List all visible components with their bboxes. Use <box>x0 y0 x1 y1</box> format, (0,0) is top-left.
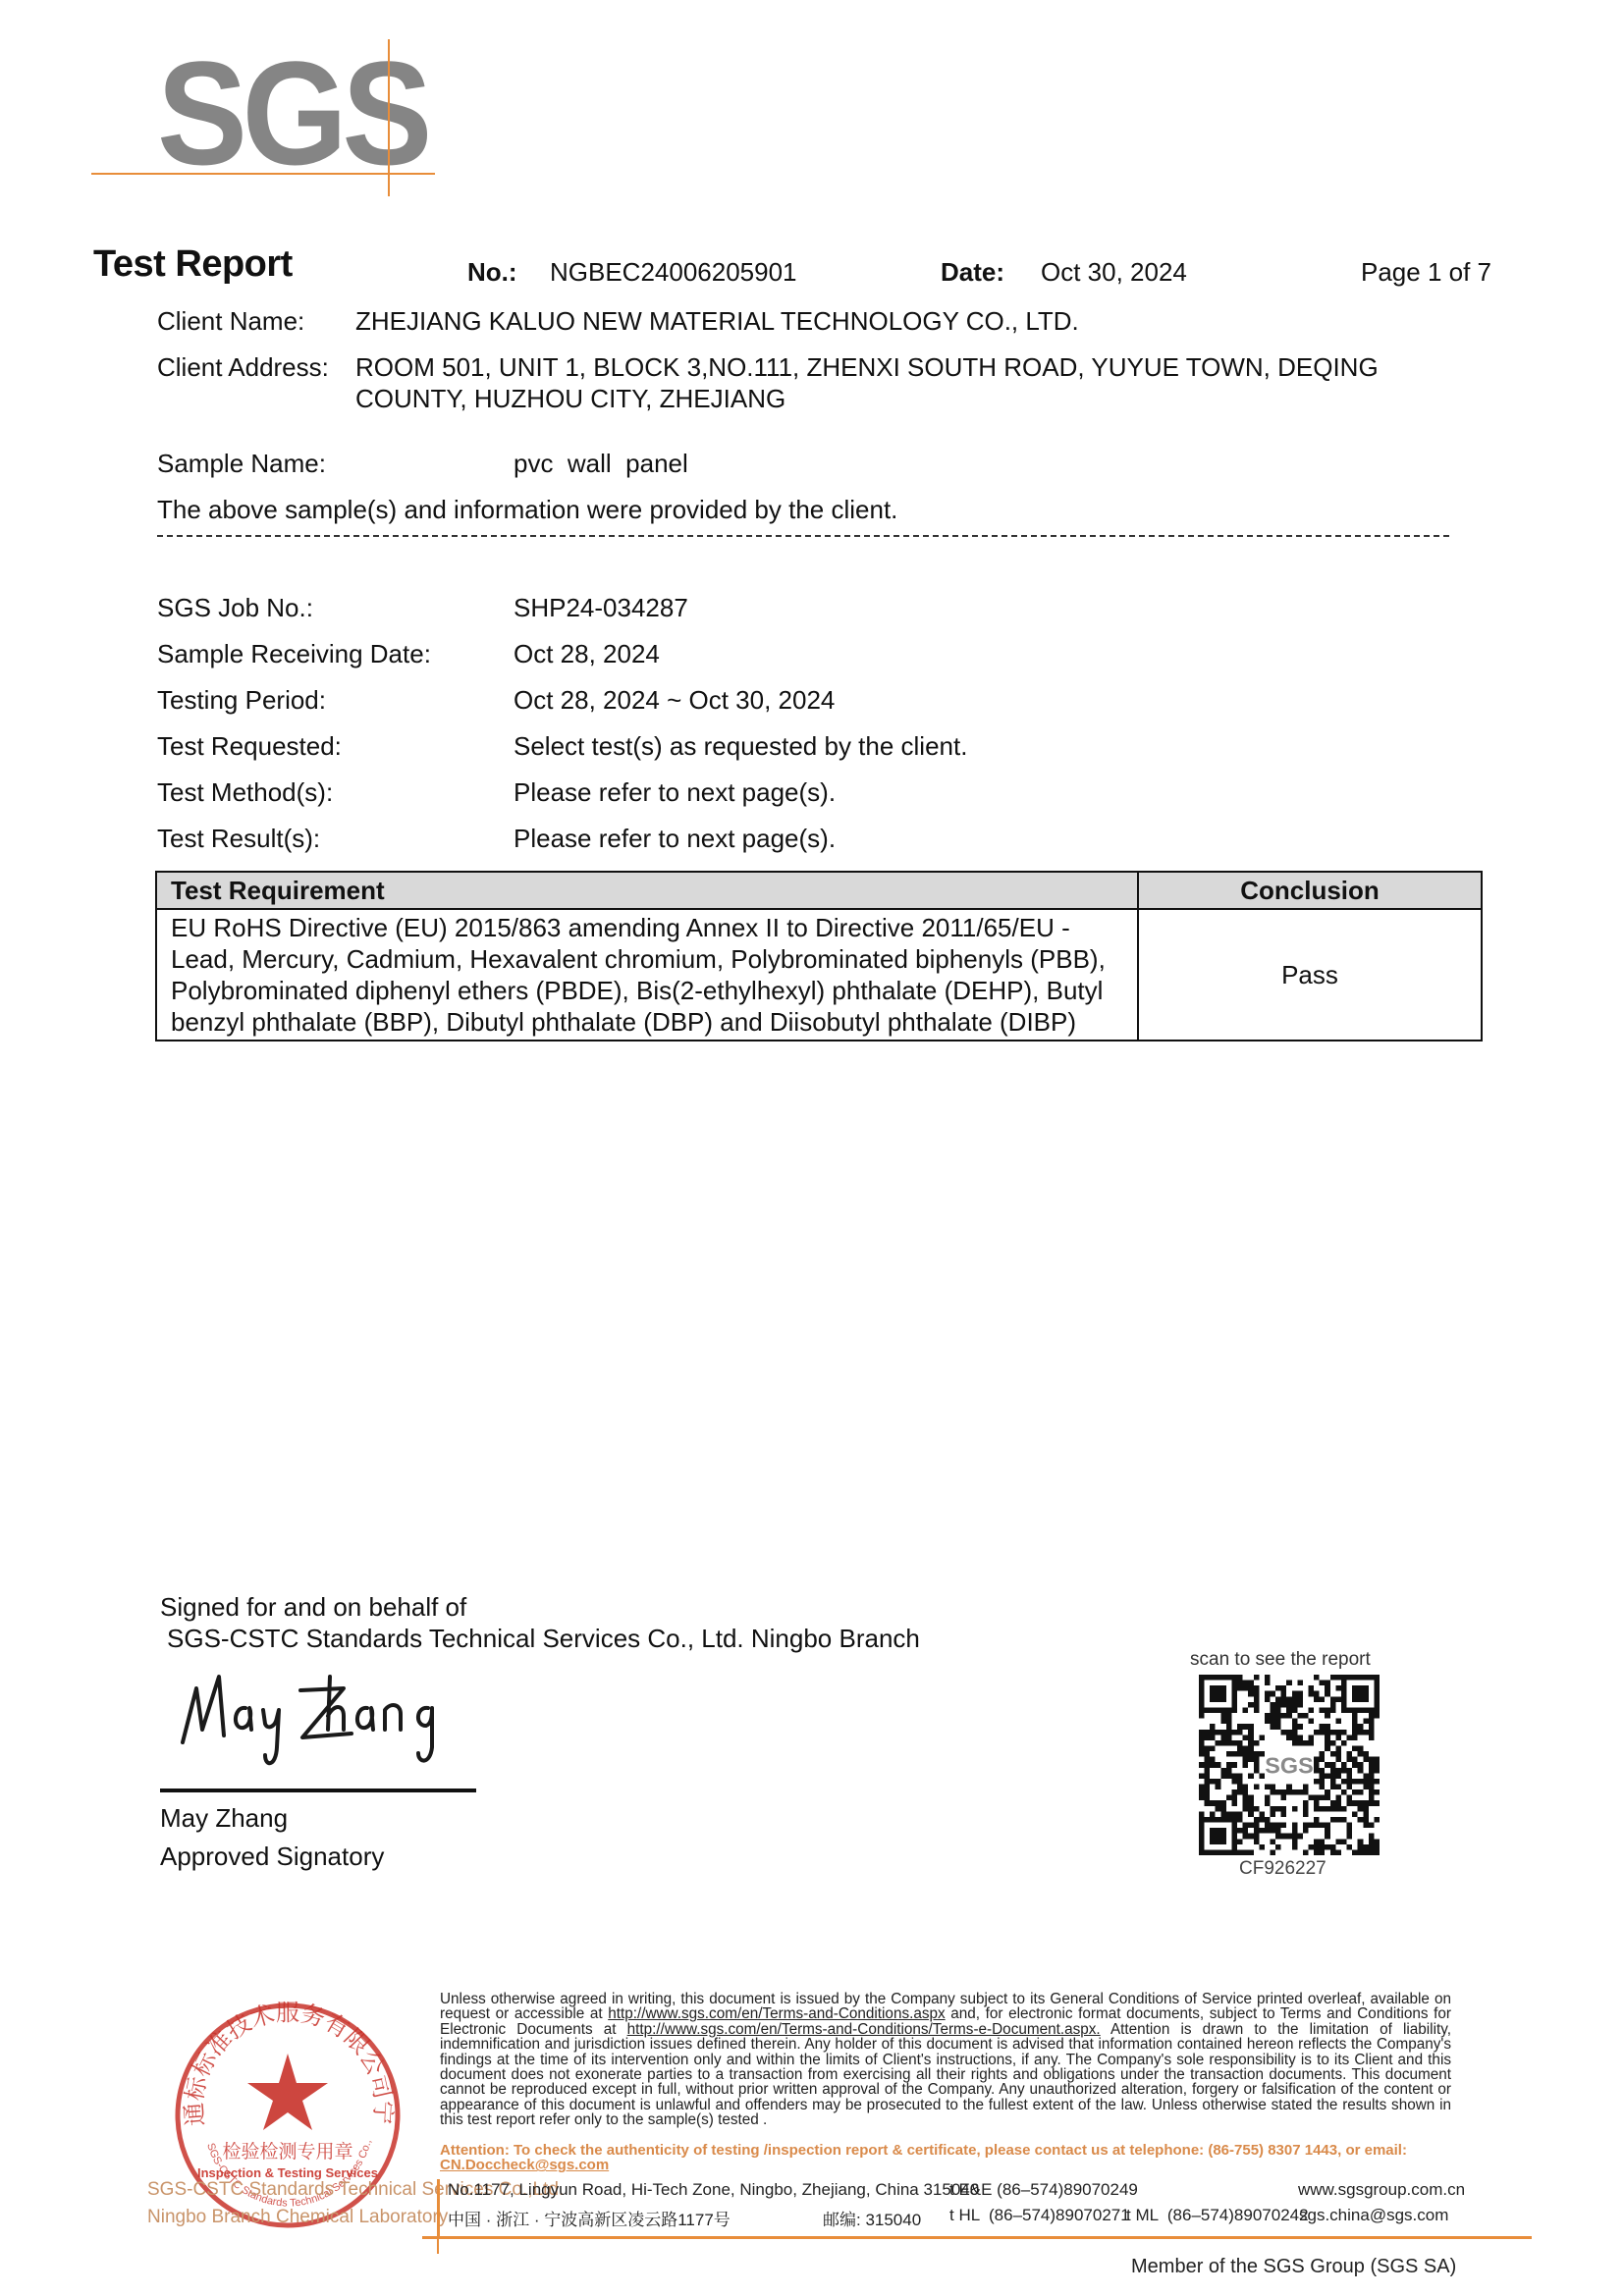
signature-line <box>160 1789 476 1792</box>
footer-tel-hl: t HL (86–574)89070271 <box>949 2206 1130 2225</box>
test-results-label: Test Result(s): <box>157 824 320 854</box>
legal-disclaimer: Unless otherwise agreed in writing, this… <box>440 1992 1451 2128</box>
client-address-line1: ROOM 501, UNIT 1, BLOCK 3,NO.111, ZHENXI… <box>355 352 1379 383</box>
sgs-group-member: Member of the SGS Group (SGS SA) <box>1131 2256 1456 2278</box>
test-results: Please refer to next page(s). <box>514 824 836 854</box>
test-requested: Select test(s) as requested by the clien… <box>514 731 967 762</box>
testing-period: Oct 28, 2024 ~ Oct 30, 2024 <box>514 685 835 716</box>
signed-on-behalf: Signed for and on behalf of <box>160 1592 466 1623</box>
handwritten-signature <box>175 1669 469 1777</box>
job-label: SGS Job No.: <box>157 593 313 623</box>
official-seal-icon: 通标标准技术服务有限公司宁波分公司 检验检测专用章 Inspection & T… <box>165 1993 410 2238</box>
sample-provided-note: The above sample(s) and information were… <box>157 495 897 525</box>
report-title: Test Report <box>93 243 293 286</box>
report-number-label: No.: <box>467 257 517 288</box>
test-requested-label: Test Requested: <box>157 731 342 762</box>
footer-address-cn: 中国 · 浙江 · 宁波高新区凌云路1177号 <box>448 2206 731 2230</box>
report-date: Oct 30, 2024 <box>1041 257 1187 288</box>
lab-branch: Ningbo Branch Chemical Laboratory <box>147 2207 448 2228</box>
footer-website[interactable]: www.sgsgroup.com.cn <box>1298 2180 1465 2200</box>
footer-tel-ml: t ML (86–574)89070242 <box>1126 2206 1309 2225</box>
footer-line <box>422 2236 1532 2239</box>
page-number: Page 1 of 7 <box>1361 257 1491 288</box>
client-address-label: Client Address: <box>157 352 329 383</box>
footer-address-en: No.1177, Lingyun Road, Hi-Tech Zone, Nin… <box>448 2180 979 2200</box>
footer-accent-bar <box>437 2179 440 2236</box>
header-test-requirement: Test Requirement <box>156 872 1138 909</box>
authenticity-notice: Attention: To check the authenticity of … <box>440 2143 1461 2173</box>
svg-text:检验检测专用章: 检验检测专用章 <box>222 2141 352 2163</box>
qr-code-icon[interactable]: SGS <box>1196 1675 1382 1855</box>
sample-name-label: Sample Name: <box>157 449 326 479</box>
signatory-name: May Zhang <box>160 1803 288 1834</box>
dashed-divider <box>157 535 1449 537</box>
test-methods-label: Test Method(s): <box>157 777 333 808</box>
signatory-role: Approved Signatory <box>160 1842 384 1872</box>
test-methods: Please refer to next page(s). <box>514 777 836 808</box>
report-date-label: Date: <box>941 257 1004 288</box>
table-header-row: Test Requirement Conclusion <box>156 872 1482 909</box>
sample-name: pvc wall panel <box>514 449 688 479</box>
signing-company: SGS-CSTC Standards Technical Services Co… <box>167 1624 920 1654</box>
testing-period-label: Testing Period: <box>157 685 326 716</box>
footer-postcode: 邮编: 315040 <box>823 2206 921 2230</box>
receiving-date-label: Sample Receiving Date: <box>157 639 431 669</box>
header-conclusion: Conclusion <box>1138 872 1482 909</box>
job-value: SHP24-034287 <box>514 593 688 623</box>
svg-text:SGS: SGS <box>1265 1752 1313 1778</box>
footer-tel-ee: t E&E (86–574)89070249 <box>949 2180 1138 2200</box>
client-address-line2: COUNTY, HUZHOU CITY, ZHEJIANG <box>355 384 785 414</box>
footer-tick <box>437 2236 439 2254</box>
doccheck-email-link[interactable]: CN.Doccheck@sgs.com <box>440 2157 609 2173</box>
qr-id: CF926227 <box>1239 1858 1326 1880</box>
logo-horizontal-line <box>91 173 435 175</box>
receiving-date: Oct 28, 2024 <box>514 639 660 669</box>
qr-caption: scan to see the report <box>1190 1649 1371 1671</box>
sgs-logo: SGS <box>157 39 427 187</box>
logo-vertical-line <box>388 39 390 196</box>
requirement-cell: EU RoHS Directive (EU) 2015/863 amending… <box>156 909 1138 1041</box>
client-name-label: Client Name: <box>157 306 304 337</box>
test-requirement-table: Test Requirement Conclusion EU RoHS Dire… <box>155 871 1483 1041</box>
table-row: EU RoHS Directive (EU) 2015/863 amending… <box>156 909 1482 1041</box>
client-name: ZHEJIANG KALUO NEW MATERIAL TECHNOLOGY C… <box>355 306 1079 337</box>
report-number: NGBEC24006205901 <box>550 257 797 288</box>
conclusion-cell: Pass <box>1138 909 1482 1041</box>
footer-email[interactable]: sgs.china@sgs.com <box>1299 2206 1448 2225</box>
